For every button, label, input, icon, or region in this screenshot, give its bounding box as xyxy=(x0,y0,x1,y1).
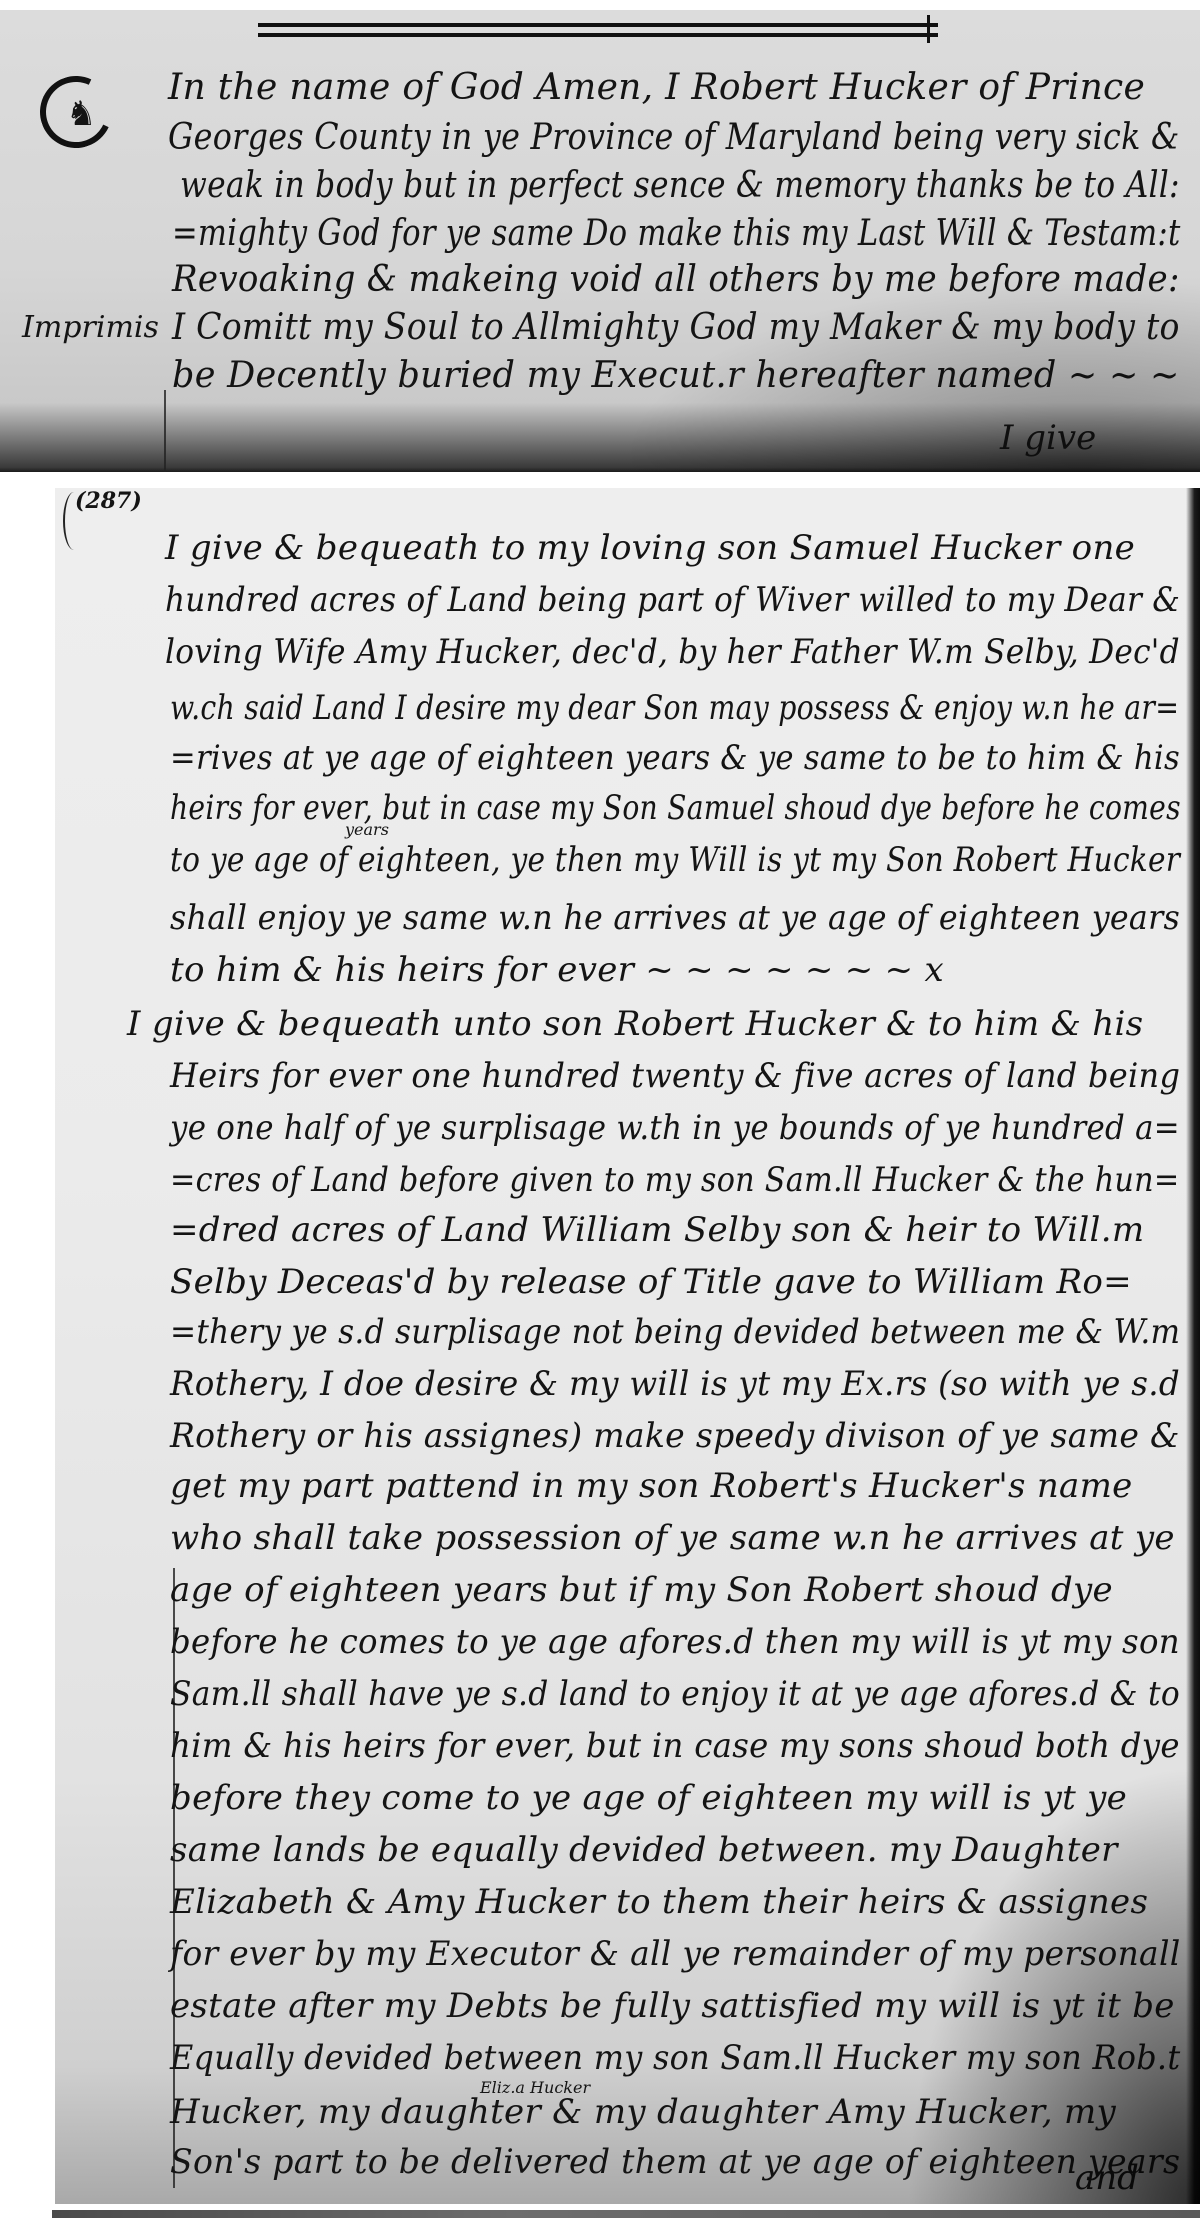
text-line: Heirs for ever one hundred twenty & five… xyxy=(170,1056,1180,1096)
text-line: =cres of Land before given to my son Sam… xyxy=(170,1160,1180,1200)
text-line: loving Wife Amy Hucker, dec'd, by her Fa… xyxy=(165,632,1180,672)
manuscript-fragment-next-edge xyxy=(52,2210,1200,2218)
text-line: w.ch said Land I desire my dear Son may … xyxy=(170,688,1179,728)
text-line: =dred acres of Land William Selby son & … xyxy=(170,1210,1144,1250)
interlinear-note: years xyxy=(345,820,389,839)
text-line: age of eighteen years but if my Son Robe… xyxy=(170,1570,1113,1610)
text-line: In the name of God Amen, I Robert Hucker… xyxy=(168,68,1145,108)
text-line: I give & bequeath to my loving son Samue… xyxy=(165,528,1135,568)
text-line: for ever by my Executor & all ye remaind… xyxy=(170,1934,1181,1974)
text-line: I give & bequeath unto son Robert Hucker… xyxy=(127,1004,1143,1044)
text-line: shall enjoy ye same w.n he arrives at ye… xyxy=(170,898,1180,938)
text-line: Rothery or his assignes) make speedy div… xyxy=(170,1416,1180,1456)
text-line: Hucker, my daughter & my daughter Amy Hu… xyxy=(170,2092,1116,2132)
catchword: and xyxy=(1075,2158,1139,2198)
margin-note-imprimis: Imprimis xyxy=(22,310,159,345)
text-line: heirs for ever, but in case my Son Samue… xyxy=(170,788,1181,828)
text-line: =mighty God for ye same Do make this my … xyxy=(172,214,1181,254)
text-line: weak in body but in perfect sence & memo… xyxy=(180,166,1180,206)
text-line: before they come to ye age of eighteen m… xyxy=(170,1778,1127,1818)
double-rule-divider xyxy=(258,23,938,37)
text-line: Son's part to be delivered them at ye ag… xyxy=(170,2142,1180,2182)
text-line: ye one half of ye surplisage w.th in ye … xyxy=(170,1108,1180,1148)
catchword: I give xyxy=(1000,418,1096,458)
text-line: be Decently buried my Execut.r hereafter… xyxy=(172,356,1180,396)
ornament-figure-icon: ♞ xyxy=(66,94,96,134)
text-line: hundred acres of Land being part of Wive… xyxy=(165,580,1180,620)
text-line: same lands be equally devided between. m… xyxy=(170,1830,1118,1870)
text-line: Revoaking & makeing void all others by m… xyxy=(172,260,1180,300)
text-line: Rothery, I doe desire & my will is yt my… xyxy=(170,1364,1180,1404)
text-line: him & his heirs for ever, but in case my… xyxy=(170,1726,1180,1766)
text-line: estate after my Debts be fully sattisfie… xyxy=(170,1986,1175,2026)
folio-number: (287) xyxy=(75,488,142,514)
manuscript-fragment-top: ♞ In the name of God Amen, I Robert Huck… xyxy=(0,10,1200,472)
text-line: I Comitt my Soul to Allmighty God my Mak… xyxy=(172,308,1180,348)
text-line: before he comes to ye age afores.d then … xyxy=(170,1622,1180,1662)
text-line: =thery ye s.d surplisage not being devid… xyxy=(170,1312,1180,1352)
text-line: get my part pattend in my son Robert's H… xyxy=(170,1466,1133,1506)
manuscript-fragment-main: (287) I give & bequeath to my loving son… xyxy=(55,488,1200,2204)
text-line: Selby Deceas'd by release of Title gave … xyxy=(170,1262,1132,1302)
text-line: to him & his heirs for ever ~ ~ ~ ~ ~ ~ … xyxy=(170,950,944,990)
text-line: Georges County in ye Province of Marylan… xyxy=(168,118,1180,158)
text-line: =rives at ye age of eighteen years & ye … xyxy=(170,738,1180,778)
text-line: who shall take possession of ye same w.n… xyxy=(170,1518,1175,1558)
text-line: Elizabeth & Amy Hucker to them their hei… xyxy=(170,1882,1148,1922)
text-line: to ye age of eighteen, ye then my Will i… xyxy=(170,840,1180,880)
text-line: Equally devided between my son Sam.ll Hu… xyxy=(170,2038,1180,2078)
text-line: Sam.ll shall have ye s.d land to enjoy i… xyxy=(170,1674,1180,1714)
margin-rule xyxy=(164,390,166,472)
